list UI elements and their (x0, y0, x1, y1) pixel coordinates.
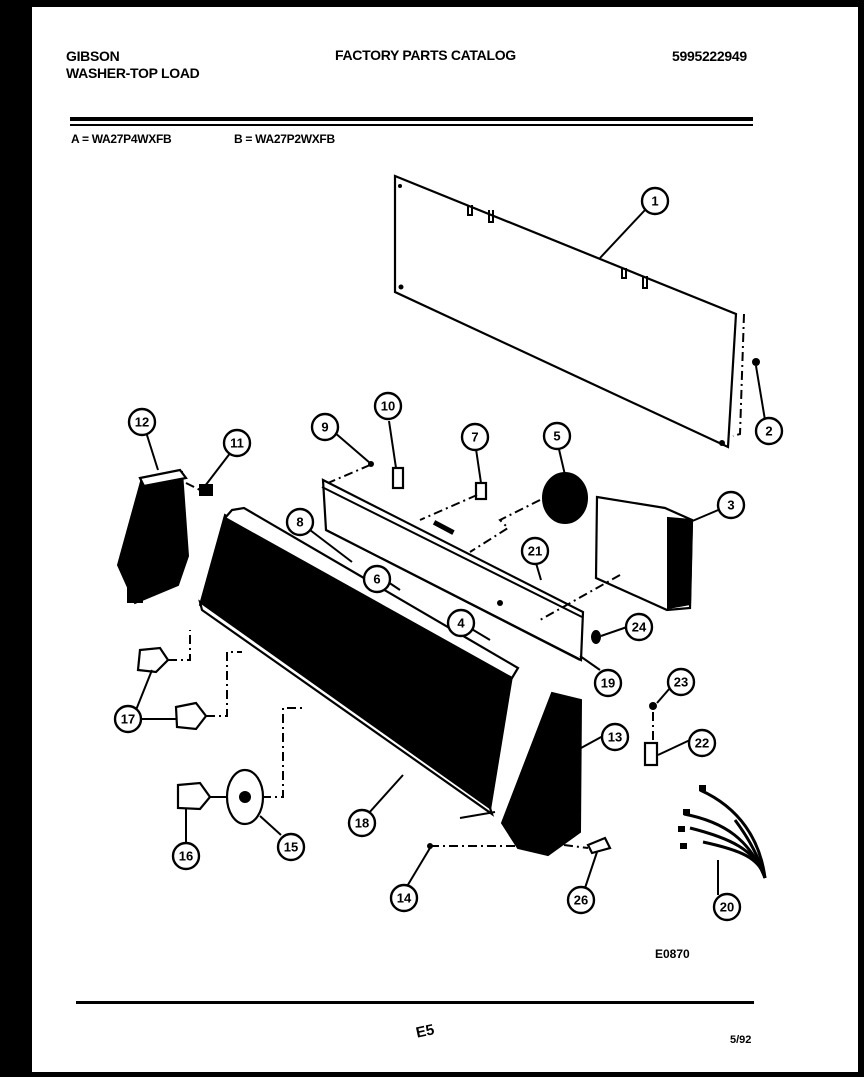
callout-23: 23 (668, 669, 694, 695)
callout-15: 15 (278, 834, 304, 860)
callout-12: 12 (129, 409, 155, 435)
callout-10: 10 (375, 393, 401, 419)
svg-text:16: 16 (179, 849, 193, 864)
svg-text:26: 26 (574, 893, 588, 908)
svg-text:12: 12 (135, 415, 149, 430)
callout-3: 3 (718, 492, 744, 518)
svg-text:20: 20 (720, 900, 734, 915)
callout-21: 21 (522, 538, 548, 564)
svg-text:23: 23 (674, 675, 688, 690)
callout-16: 16 (173, 843, 199, 869)
callout-4: 4 (448, 610, 474, 636)
callout-20: 20 (714, 894, 740, 920)
callout-26: 26 (568, 887, 594, 913)
svg-text:10: 10 (381, 399, 395, 414)
callout-18: 18 (349, 810, 375, 836)
callout-14: 14 (391, 885, 417, 911)
callout-19: 19 (595, 670, 621, 696)
part-left-endcap (118, 470, 188, 603)
callout-9: 9 (312, 414, 338, 440)
footer-rule (76, 1001, 754, 1004)
revision-date: 5/92 (730, 1034, 751, 1046)
svg-text:24: 24 (632, 620, 647, 635)
svg-text:4: 4 (457, 616, 465, 631)
callout-11: 11 (224, 430, 250, 456)
svg-text:17: 17 (121, 712, 135, 727)
svg-text:15: 15 (284, 840, 298, 855)
callout-7: 7 (462, 424, 488, 450)
part-screw-2 (752, 358, 760, 366)
callout-5: 5 (544, 423, 570, 449)
svg-text:11: 11 (230, 436, 244, 451)
svg-text:18: 18 (355, 816, 369, 831)
part-rear-panel (395, 176, 744, 447)
callout-24: 24 (626, 614, 652, 640)
svg-text:6: 6 (373, 572, 380, 587)
part-wire-harness (678, 785, 765, 878)
callout-1: 1 (642, 188, 668, 214)
part-24 (592, 631, 600, 643)
svg-text:3: 3 (727, 498, 734, 513)
svg-text:8: 8 (296, 515, 303, 530)
svg-text:7: 7 (471, 430, 478, 445)
callout-22: 22 (689, 730, 715, 756)
svg-text:1: 1 (651, 194, 658, 209)
svg-text:19: 19 (601, 676, 615, 691)
callout-17: 17 (115, 706, 141, 732)
svg-text:5: 5 (553, 429, 560, 444)
diagram-code: E0870 (655, 947, 690, 961)
part-26 (564, 838, 610, 853)
svg-text:22: 22 (695, 736, 709, 751)
svg-text:2: 2 (765, 424, 772, 439)
svg-text:21: 21 (528, 544, 542, 559)
part-23-22 (645, 702, 657, 765)
svg-text:9: 9 (321, 420, 328, 435)
callout-8: 8 (287, 509, 313, 535)
part-clip-11 (186, 483, 212, 495)
svg-text:14: 14 (397, 891, 412, 906)
callout-6: 6 (364, 566, 390, 592)
callout-2: 2 (756, 418, 782, 444)
callout-13: 13 (602, 724, 628, 750)
svg-text:13: 13 (608, 730, 622, 745)
exploded-parts-diagram: 1 2 3 4 5 6 7 8 9 10 11 12 13 14 15 16 1… (0, 0, 864, 1077)
